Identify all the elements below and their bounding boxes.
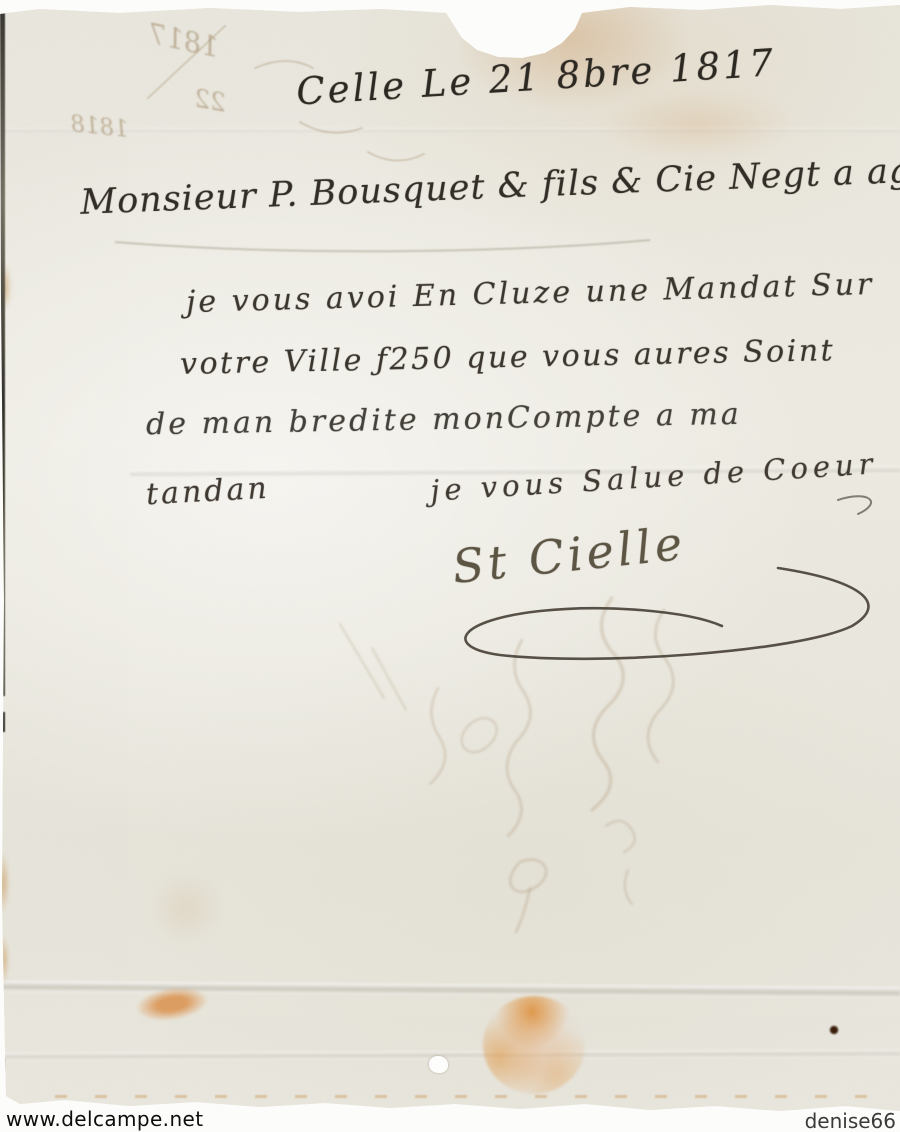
dateline-text: Celle Le 21 8bre 1817 (295, 41, 777, 113)
edge-stain (0, 934, 10, 986)
closing-salutation: je vous Salue de Coeur (429, 446, 878, 507)
fold-crease (0, 1049, 900, 1060)
delcampe-watermark: www.delcampe.net (6, 1107, 203, 1131)
fold-stain-dots (55, 1095, 885, 1098)
scan-edge-speck (0, 1058, 5, 1072)
edge-stain (0, 852, 10, 914)
show-through-number: 22 (192, 83, 228, 117)
wax-seal-stain (483, 996, 585, 1094)
seller-watermark: denise66 (805, 1109, 896, 1132)
signature: St Cielle (450, 516, 689, 594)
ink-speck (829, 1025, 839, 1035)
show-through-year: 1817 (145, 17, 222, 64)
paper-chip (429, 1056, 448, 1073)
letter-paper: 1817 22 1818 (0, 0, 900, 1132)
show-through-year: 1818 (69, 111, 130, 143)
body-line: je vous avoi En Cluze une Mandat Sur (186, 267, 875, 320)
scan-edge-speck (0, 712, 5, 732)
letter-scan: 1817 22 1818 (0, 0, 900, 1132)
fold-crease (0, 981, 900, 998)
wax-stain-small (134, 983, 210, 1025)
body-line: tandan (145, 471, 270, 512)
scan-edge-shadow (0, 8, 5, 696)
body-line: votre Ville ƒ250 que vous aures Soint (180, 333, 836, 382)
body-line: de man bredite monCompte a ma (146, 397, 742, 442)
tan-stain (598, 88, 798, 160)
addressee-line: Monsieur P. Bousquet & fils & Cie Negt a… (80, 149, 900, 223)
tan-smudge (146, 868, 226, 948)
fold-crease (0, 128, 900, 134)
